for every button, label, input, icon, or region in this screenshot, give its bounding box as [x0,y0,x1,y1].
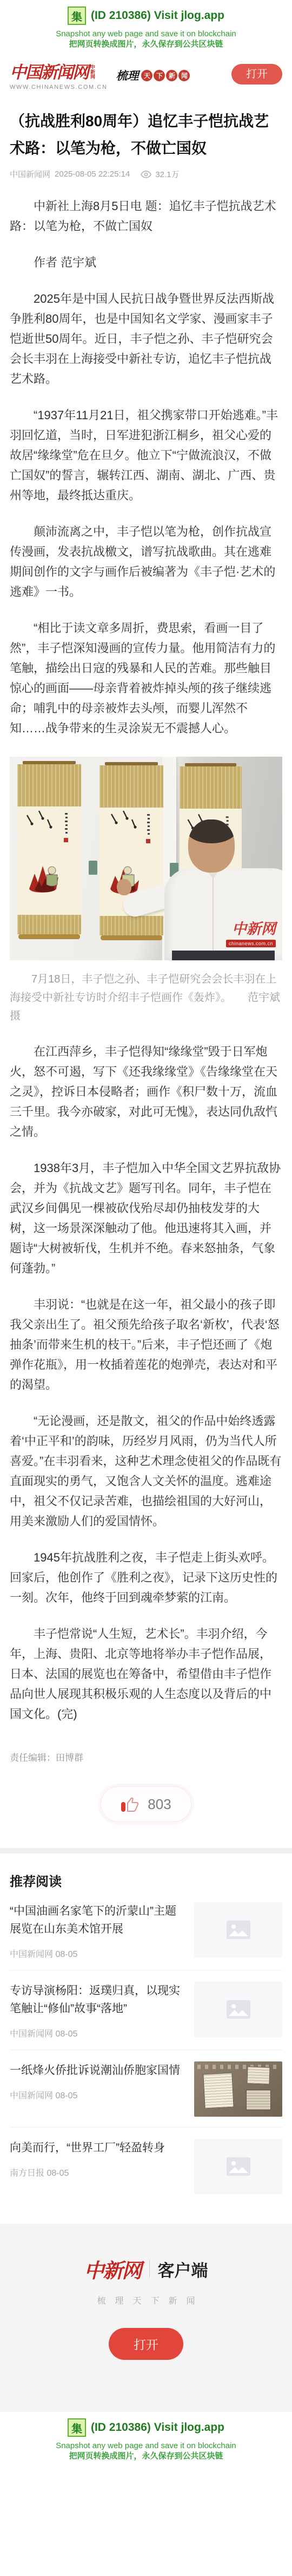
recommended-article-thumbnail [194,2061,282,2117]
chinanews-logo-text: 中国新闻网 [10,64,88,81]
jlog-app-icon: 集 [68,2418,86,2437]
article-paragraph: 丰子恺常说“人生短，艺术长”。丰羽介绍，今年，上海、贵阳、北京等地将举办丰子恺作… [10,1624,282,1724]
recommended-article-source: 中国新闻网 08-05 [10,2089,185,2101]
image-placeholder-icon [226,2000,251,2019]
recommended-article-source: 中国新闻网 08-05 [10,1947,185,1960]
slogan-stamp: 梳理 天 下 新 闻 [116,67,190,83]
article-datetime: 2025-08-05 22:25:14 [55,170,130,179]
chinanews-url: WWW.CHINANEWS.COM.CN [10,84,107,90]
watermark-url: chinanews.com.cn [226,940,276,947]
slogan-stamp-seal: 天 [141,70,152,81]
watermark-logo: 中新网 [226,917,276,938]
man-trousers [172,951,275,960]
recommended-article-thumbnail [194,1982,282,2037]
recommended-article[interactable]: 专访导演杨阳：返璞归真，以现实笔触让“修仙”故事“落地” 中国新闻网 08-05 [10,1970,282,2050]
jlog-tagline-en: Snapshot any web page and save it on blo… [0,2441,292,2451]
chinanews-logo[interactable]: 中国新闻网 中新网 WWW.CHINANEWS.COM.CN [10,64,107,90]
photo-watermark: 中新网 chinanews.com.cn [226,917,276,947]
article-paragraph: “1937年11月21日，祖父携家带口开始逃难。”丰羽回忆道，当时，日军进犯浙江… [10,405,282,505]
article: （抗战胜利80周年）追忆丰子恺抗战艺术路：以笔为枪，不做亡国奴 中国新闻网 20… [0,108,292,1822]
editor-line: 责任编辑：田博群 [10,1750,282,1764]
view-counter: 32.1万 [141,168,179,180]
recommended-article-title: 专访导演杨阳：返璞归真，以现实笔触让“修仙”故事“落地” [10,1982,185,2018]
article-paragraph: 1938年3月，丰子恺加入中华全国文艺界抗敌协会，并为《抗战文艺》题写刊名。同年… [10,1158,282,1278]
footer-logo: 中新网 客户端 [0,2254,292,2284]
hanging-scroll-artwork [17,761,81,939]
article-paragraph: 颠沛流离之中，丰子恺以笔为枪，创作抗战宣传漫画，发表抗战檄文，谱写抗战歌曲。其在… [10,522,282,602]
app-footer: 中新网 客户端 梳理天下新闻 打开 [0,2224,292,2412]
image-placeholder-icon [226,2157,251,2176]
thumbs-up-icon [121,1795,141,1813]
slogan-stamp-seal: 下 [154,70,165,81]
article-paragraph: 1945年抗战胜利之夜，丰子恺走上街头欢呼。回家后，他创作了《胜利之夜》，记录下… [10,1547,282,1608]
article-paragraph: 在江西萍乡，丰子恺得知“缘缘堂”毁于日军炮火，怒不可遏，写下《还我缘缘堂》《告缘… [10,1042,282,1142]
open-app-button[interactable]: 打开 [231,64,282,84]
man-hair [188,819,235,843]
recommended-article[interactable]: “中国油画名家笔下的沂蒙山”主题展览在山东美术馆开展 中国新闻网 08-05 [10,1891,282,1970]
chinanews-logo-seal: 中新网 [90,65,95,80]
footer-logo-brand: 中新网 [84,2254,141,2284]
article-paragraph: 作者 范宇斌 [10,252,282,272]
like-count: 803 [148,1796,171,1813]
recommended-article-title: 向美而行，“世界工厂”轻盈转身 [10,2139,185,2157]
jlog-banner-bottom: 集 (ID 210386) Visit jlog.app Snapshot an… [0,2412,292,2467]
recommended-article-thumbnail [194,1902,282,1957]
recommended-heading: 推荐阅读 [10,1871,282,1890]
jlog-banner-top: 集 (ID 210386) Visit jlog.app Snapshot an… [0,0,292,55]
scroll-painting [17,806,81,915]
footer-slogan: 梳理天下新闻 [0,2294,292,2306]
recommended-article-title: 一纸烽火侨批诉说潮汕侨胞家国情 [10,2061,185,2079]
recommended-article-source: 南方日报 08-05 [10,2166,185,2178]
image-placeholder-icon [226,1920,251,1940]
article-paragraph: 丰羽说：“也就是在这一年，祖父最小的孩子即我父亲出生了。祖父预先给孩子取名‘新枚… [10,1294,282,1395]
jlog-link-text: (ID 210386) Visit jlog.app [91,2421,224,2434]
man-head [188,819,235,873]
eye-icon [141,171,151,178]
photo-caption: 7月18日，丰子恺之孙、丰子恺研究会会长丰羽在上海接受中新社专访时介绍丰子恺画作… [10,970,282,1025]
article-paragraph: 中新社上海8月5日电 题：追忆丰子恺抗战艺术路：以笔为枪，不做亡国奴 [10,196,282,236]
man-hand [117,879,131,895]
letters-photo-art [194,2061,282,2117]
article-paragraph: “无论漫画，还是散文，祖父的作品中始终透露着‘中正平和’的韵味，历经岁月风雨，仍… [10,1411,282,1531]
article-paragraph: 2025年是中国人民抗日战争暨世界反法西斯战争胜利80周年，也是中国知名文学家、… [10,289,282,389]
recommended-article-source: 中国新闻网 08-05 [10,2027,185,2039]
article-paragraph: “相比于读文章多周折，费思索，看画一目了然”，丰子恺深知漫画的宣传力量。他用简洁… [10,618,282,738]
recommended-article[interactable]: 一纸烽火侨批诉说潮汕侨胞家国情 中国新闻网 08-05 [10,2050,282,2127]
article-title: （抗战胜利80周年）追忆丰子恺抗战艺术路：以笔为枪，不做亡国奴 [10,108,282,162]
jlog-app-icon: 集 [68,6,86,25]
jlog-tagline-en: Snapshot any web page and save it on blo… [0,29,292,39]
view-count: 32.1万 [155,168,179,180]
recommended-article-title: “中国油画名家笔下的沂蒙山”主题展览在山东美术馆开展 [10,1902,185,1938]
footer-open-app-button[interactable]: 打开 [109,2328,183,2360]
recommended-article-thumbnail [194,2139,282,2194]
jlog-link[interactable]: 集 (ID 210386) Visit jlog.app [0,2418,292,2437]
article-photo[interactable]: 中新网 chinanews.com.cn [10,757,282,960]
article-figure: 中新网 chinanews.com.cn 7月18日，丰子恺之孙、丰子恺研究会会… [10,757,282,1025]
slogan-stamp-seal: 新 [166,70,177,81]
footer-logo-divider [149,2260,150,2278]
jlog-link[interactable]: 集 (ID 210386) Visit jlog.app [0,6,292,25]
footer-logo-client: 客户端 [158,2257,208,2281]
like-button[interactable]: 803 [101,1786,191,1822]
jlog-tagline-zh: 把网页转换成图片，永久保存到公共区块链 [0,39,292,50]
site-header: 中国新闻网 中新网 WWW.CHINANEWS.COM.CN 梳理 天 下 新 … [0,55,292,94]
slogan-stamp-seal: 闻 [178,70,190,81]
article-meta: 中国新闻网 2025-08-05 22:25:14 32.1万 [10,168,282,180]
jlog-tagline-zh: 把网页转换成图片，永久保存到公共区块链 [0,2451,292,2462]
man-shirt-placket [213,878,214,959]
wall-label [89,861,97,875]
like-row: 803 [10,1786,282,1822]
article-source: 中国新闻网 [10,168,50,180]
recommended-article[interactable]: 向美而行，“世界工厂”轻盈转身 南方日报 08-05 [10,2127,282,2204]
jlog-link-text: (ID 210386) Visit jlog.app [91,9,224,22]
recommended-section: 推荐阅读 “中国油画名家笔下的沂蒙山”主题展览在山东美术馆开展 中国新闻网 08… [0,1853,292,2204]
section-divider [0,1848,292,1853]
slogan-stamp-prefix: 梳理 [116,67,138,83]
